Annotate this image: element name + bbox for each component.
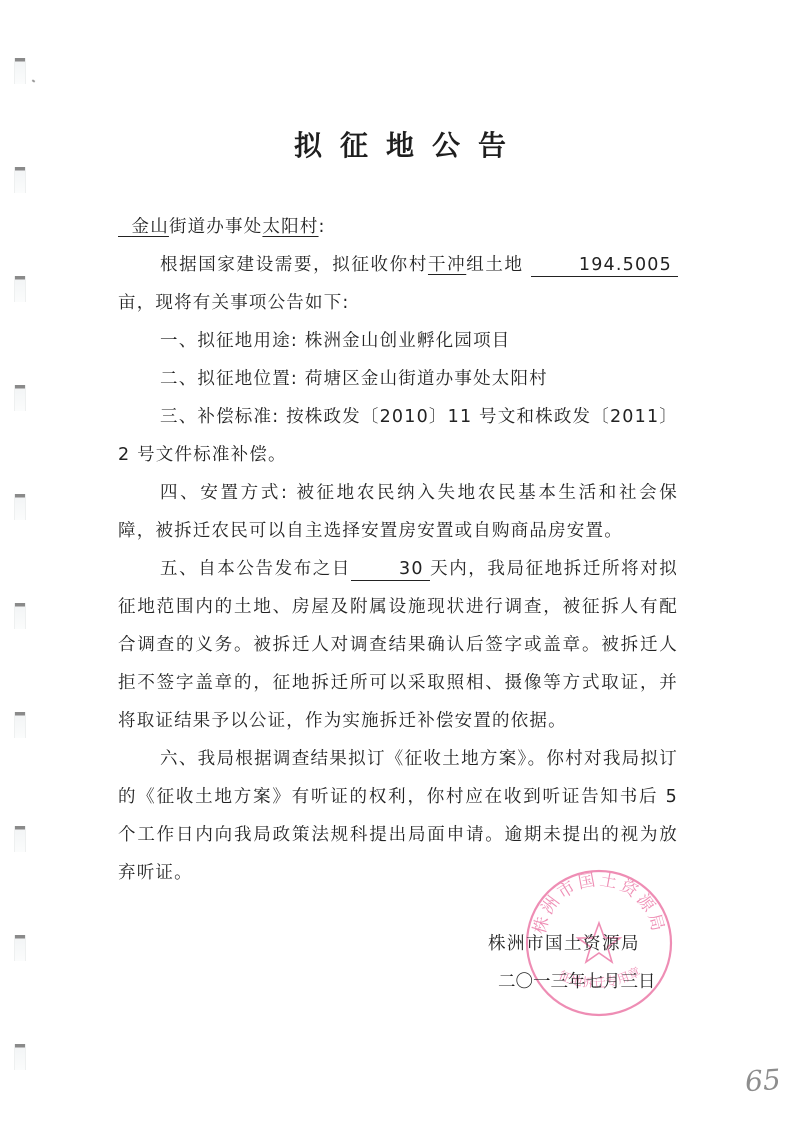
document-body: 金山街道办事处太阳村: 根据国家建设需要，拟征收你村干冲组土地 194.5005… bbox=[118, 208, 678, 892]
binding-mark bbox=[14, 167, 26, 193]
issuer-name: 株洲市国土资源局 bbox=[488, 930, 640, 955]
binding-mark bbox=[14, 826, 26, 852]
item-number: 四、 bbox=[160, 483, 200, 503]
intro-paragraph: 根据国家建设需要，拟征收你村干冲组土地 194.5005亩，现将有关事项公告如下… bbox=[118, 246, 678, 322]
svg-text:株洲市国土资源局: 株洲市国土资源局 bbox=[530, 870, 668, 936]
item-5: 五、自本公告发布之日30天内，我局征地拆迁所将对拟征地范围内的土地、房屋及附属设… bbox=[118, 550, 678, 740]
addressee-street: 金山 bbox=[118, 217, 169, 237]
intro-text-1: 根据国家建设需要，拟征收你村 bbox=[160, 255, 428, 275]
street-name: 金山 bbox=[132, 217, 169, 237]
item-label: 安置方式: bbox=[200, 483, 288, 503]
seal-top-text: 株洲市国土资源局 bbox=[530, 870, 668, 936]
issue-date: 二〇一三年七月三日 bbox=[498, 968, 656, 993]
item-label: 补偿标准: bbox=[197, 407, 279, 427]
item-number: 一、 bbox=[160, 331, 197, 351]
item-text-2: 天内，我局征地拆迁所将对拟征地范围内的土地、房屋及附属设施现状进行调查，被征拆人… bbox=[118, 559, 678, 731]
intro-text-2: 组土地 bbox=[466, 255, 523, 275]
addressee-office: 街道办事处 bbox=[169, 217, 263, 237]
binding-mark bbox=[14, 58, 26, 84]
item-2: 二、拟征地位置: 荷塘区金山街道办事处太阳村 bbox=[118, 360, 678, 398]
item-text-1: 自本公告发布之日 bbox=[198, 559, 351, 579]
intro-text-3: 现将有关事项公告如下: bbox=[155, 293, 349, 313]
item-content: 荷塘区金山街道办事处太阳村 bbox=[305, 369, 548, 389]
item-label: 拟征地位置: bbox=[197, 369, 298, 389]
item-3: 三、补偿标准: 按株政发〔2010〕11 号文和株政发〔2011〕2 号文件标准… bbox=[118, 398, 678, 474]
item-number: 五、 bbox=[160, 559, 198, 579]
binding-mark bbox=[14, 603, 26, 629]
binding-mark bbox=[14, 1044, 26, 1070]
binding-mark bbox=[14, 385, 26, 411]
group-name: 干冲 bbox=[428, 255, 466, 275]
addressee-village: 太阳村 bbox=[262, 217, 318, 237]
item-content: 株洲金山创业孵化园项目 bbox=[305, 331, 511, 351]
addressee-line: 金山街道办事处太阳村: bbox=[118, 208, 678, 246]
scan-speck bbox=[32, 79, 36, 82]
item-number: 六、 bbox=[160, 749, 198, 769]
item-4: 四、安置方式: 被征地农民纳入失地农民基本生活和社会保障，被拆迁农民可以自主选择… bbox=[118, 474, 678, 550]
land-area-unit: 亩， bbox=[118, 293, 155, 313]
item-label: 拟征地用途: bbox=[197, 331, 298, 351]
binding-mark bbox=[14, 276, 26, 302]
days-value: 30 bbox=[351, 558, 430, 581]
document-title: 拟征地公告 bbox=[0, 124, 800, 164]
binding-mark bbox=[14, 712, 26, 738]
item-content: 我局根据调查结果拟订《征收土地方案》。你村对我局拟订的《征收土地方案》有听证的权… bbox=[118, 749, 678, 883]
item-number: 三、 bbox=[160, 407, 197, 427]
handwritten-page-number: 65 bbox=[744, 1063, 782, 1098]
addressee-suffix: : bbox=[319, 217, 326, 237]
binding-mark bbox=[14, 494, 26, 520]
binding-mark bbox=[14, 935, 26, 961]
land-area-value: 194.5005 bbox=[531, 254, 678, 277]
item-1: 一、拟征地用途: 株洲金山创业孵化园项目 bbox=[118, 322, 678, 360]
item-number: 二、 bbox=[160, 369, 197, 389]
